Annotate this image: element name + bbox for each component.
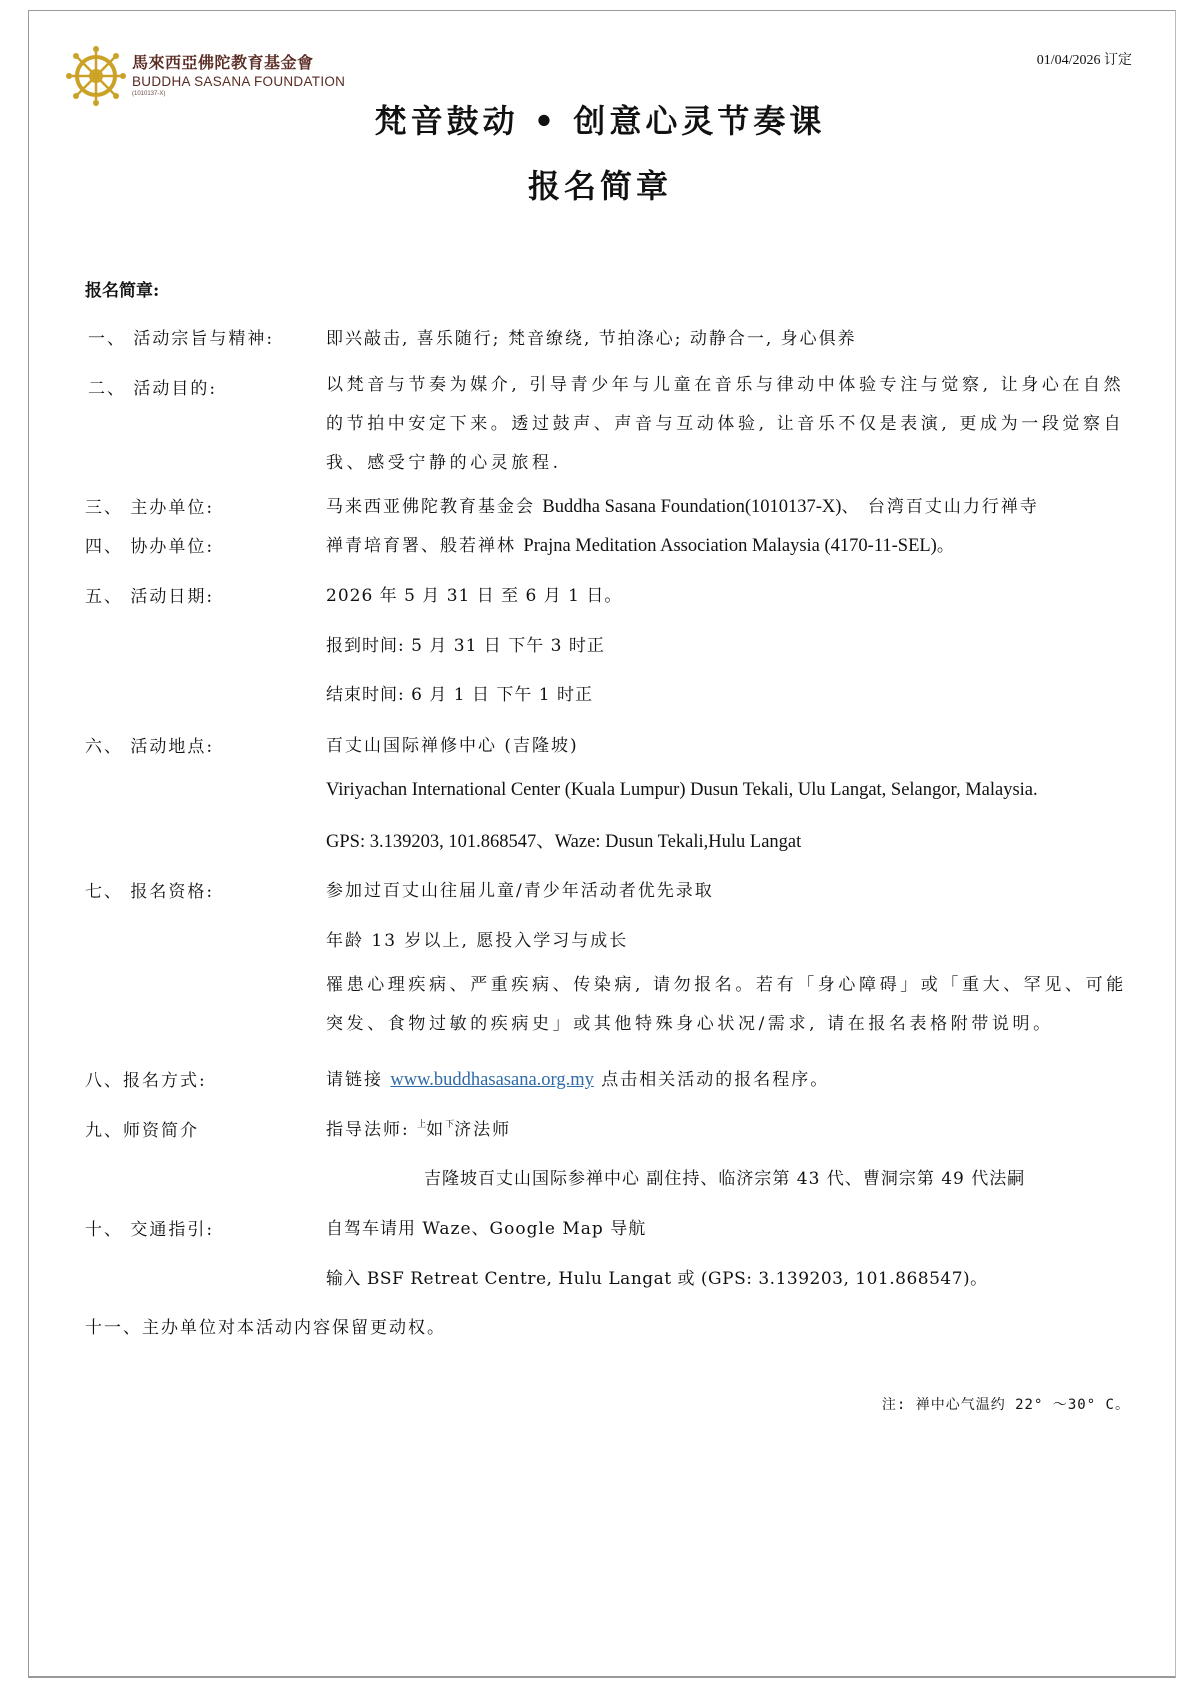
organizer-name-en: Buddha Sasana Foundation(1010137-X) — [542, 497, 841, 517]
honorific-upper: 上 — [417, 1120, 426, 1130]
venue-name-cn: 百丈山国际禅修中心 (吉隆坡) — [326, 731, 579, 756]
rights-statement: 十一、主办单位对本活动内容保留更动权。 — [85, 1313, 446, 1338]
venue-address: Viriyachan International Center (Kuala L… — [326, 780, 1038, 801]
teacher-prefix: 指导法师: — [326, 1120, 417, 1140]
eligibility-line2: 年龄 13 岁以上, 愿投入学习与成长 — [326, 926, 628, 951]
co-organizer-label: 四、 协办单位: — [85, 532, 214, 557]
teacher-name: 指导法师: 上如下济法师 — [326, 1115, 511, 1140]
honorific-lower: 下 — [445, 1120, 454, 1130]
spirit-label: 一、 活动宗旨与精神: — [88, 324, 274, 349]
eligibility-label: 七、 报名资格: — [85, 877, 214, 902]
revision-date: 01/04/2026 订定 — [1037, 49, 1132, 69]
dates-label: 五、 活动日期: — [85, 582, 214, 607]
end-time: 结束时间: 6 月 1 日 下午 1 时正 — [326, 680, 593, 705]
date-range: 2026 年 5 月 31 日 至 6 月 1 日。 — [326, 581, 622, 606]
eligibility-line1: 参加过百丈山往届儿童/青少年活动者优先录取 — [326, 876, 714, 901]
co-organizer-end: 。 — [937, 536, 956, 556]
section-heading: 报名简章: — [85, 276, 159, 301]
page-subtitle: 报名简章 — [0, 161, 1200, 207]
venue-label: 六、 活动地点: — [85, 732, 214, 757]
co-organizer-name-en: Prajna Meditation Association Malaysia (… — [523, 536, 936, 556]
registration-text: 请链接 www.buddhasasana.org.my 点击相关活动的报名程序。 — [326, 1065, 829, 1091]
organizer-text: 马来西亚佛陀教育基金会 Buddha Sasana Foundation(101… — [326, 492, 1039, 518]
co-organizer-text: 禅青培育署、般若禅林 Prajna Meditation Association… — [326, 531, 956, 557]
transport-label: 十、 交通指引: — [85, 1215, 214, 1240]
spirit-text: 即兴敲击, 喜乐随行; 梵音缭绕, 节拍涤心; 动静合一, 身心俱养 — [326, 324, 857, 349]
logo-name-cn: 馬來西亞佛陀教育基金會 — [132, 55, 345, 71]
page-title: 梵音鼓动 • 创意心灵节奏课 — [0, 96, 1200, 142]
eligibility-line3: 罹患心理疾病、严重疾病、传染病, 请勿报名。若有「身心障碍」或「重大、罕见、可能… — [326, 966, 1134, 1044]
registration-label: 八、报名方式: — [85, 1066, 207, 1091]
co-organizer-name-cn: 禅青培育署、般若禅林 — [326, 536, 523, 556]
teacher-bio: 吉隆坡百丈山国际参禅中心 副住持、临济宗第 43 代、曹洞宗第 49 代法嗣 — [424, 1164, 1025, 1189]
venue-gps: GPS: 3.139203, 101.868547、Waze: Dusun Te… — [326, 827, 801, 853]
teacher-name-part1: 如 — [426, 1120, 445, 1140]
teacher-label: 九、师资简介 — [85, 1116, 199, 1141]
temperature-note: 注: 禅中心气温约 22° ～30° C。 — [882, 1394, 1130, 1414]
purpose-text: 以梵音与节奏为媒介, 引导青少年与儿童在音乐与律动中体验专注与觉察, 让身心在自… — [326, 366, 1134, 483]
transport-line2: 输入 BSF Retreat Centre, Hulu Langat 或 (GP… — [326, 1264, 988, 1289]
organizer-name-cn: 马来西亚佛陀教育基金会 — [326, 497, 542, 517]
organizer-name-cn2: 、 台湾百丈山力行禅寺 — [841, 497, 1038, 517]
organizer-label: 三、 主办单位: — [85, 493, 214, 518]
purpose-label: 二、 活动目的: — [88, 374, 217, 399]
transport-line1: 自驾车请用 Waze、Google Map 导航 — [326, 1214, 646, 1239]
registration-prefix: 请链接 — [326, 1070, 390, 1090]
registration-link[interactable]: www.buddhasasana.org.my — [390, 1070, 593, 1090]
checkin-time: 报到时间: 5 月 31 日 下午 3 时正 — [326, 631, 605, 656]
teacher-name-part2: 济法师 — [454, 1120, 511, 1140]
logo-name-en: BUDDHA SASANA FOUNDATION — [132, 75, 345, 89]
registration-suffix: 点击相关活动的报名程序。 — [594, 1070, 829, 1090]
